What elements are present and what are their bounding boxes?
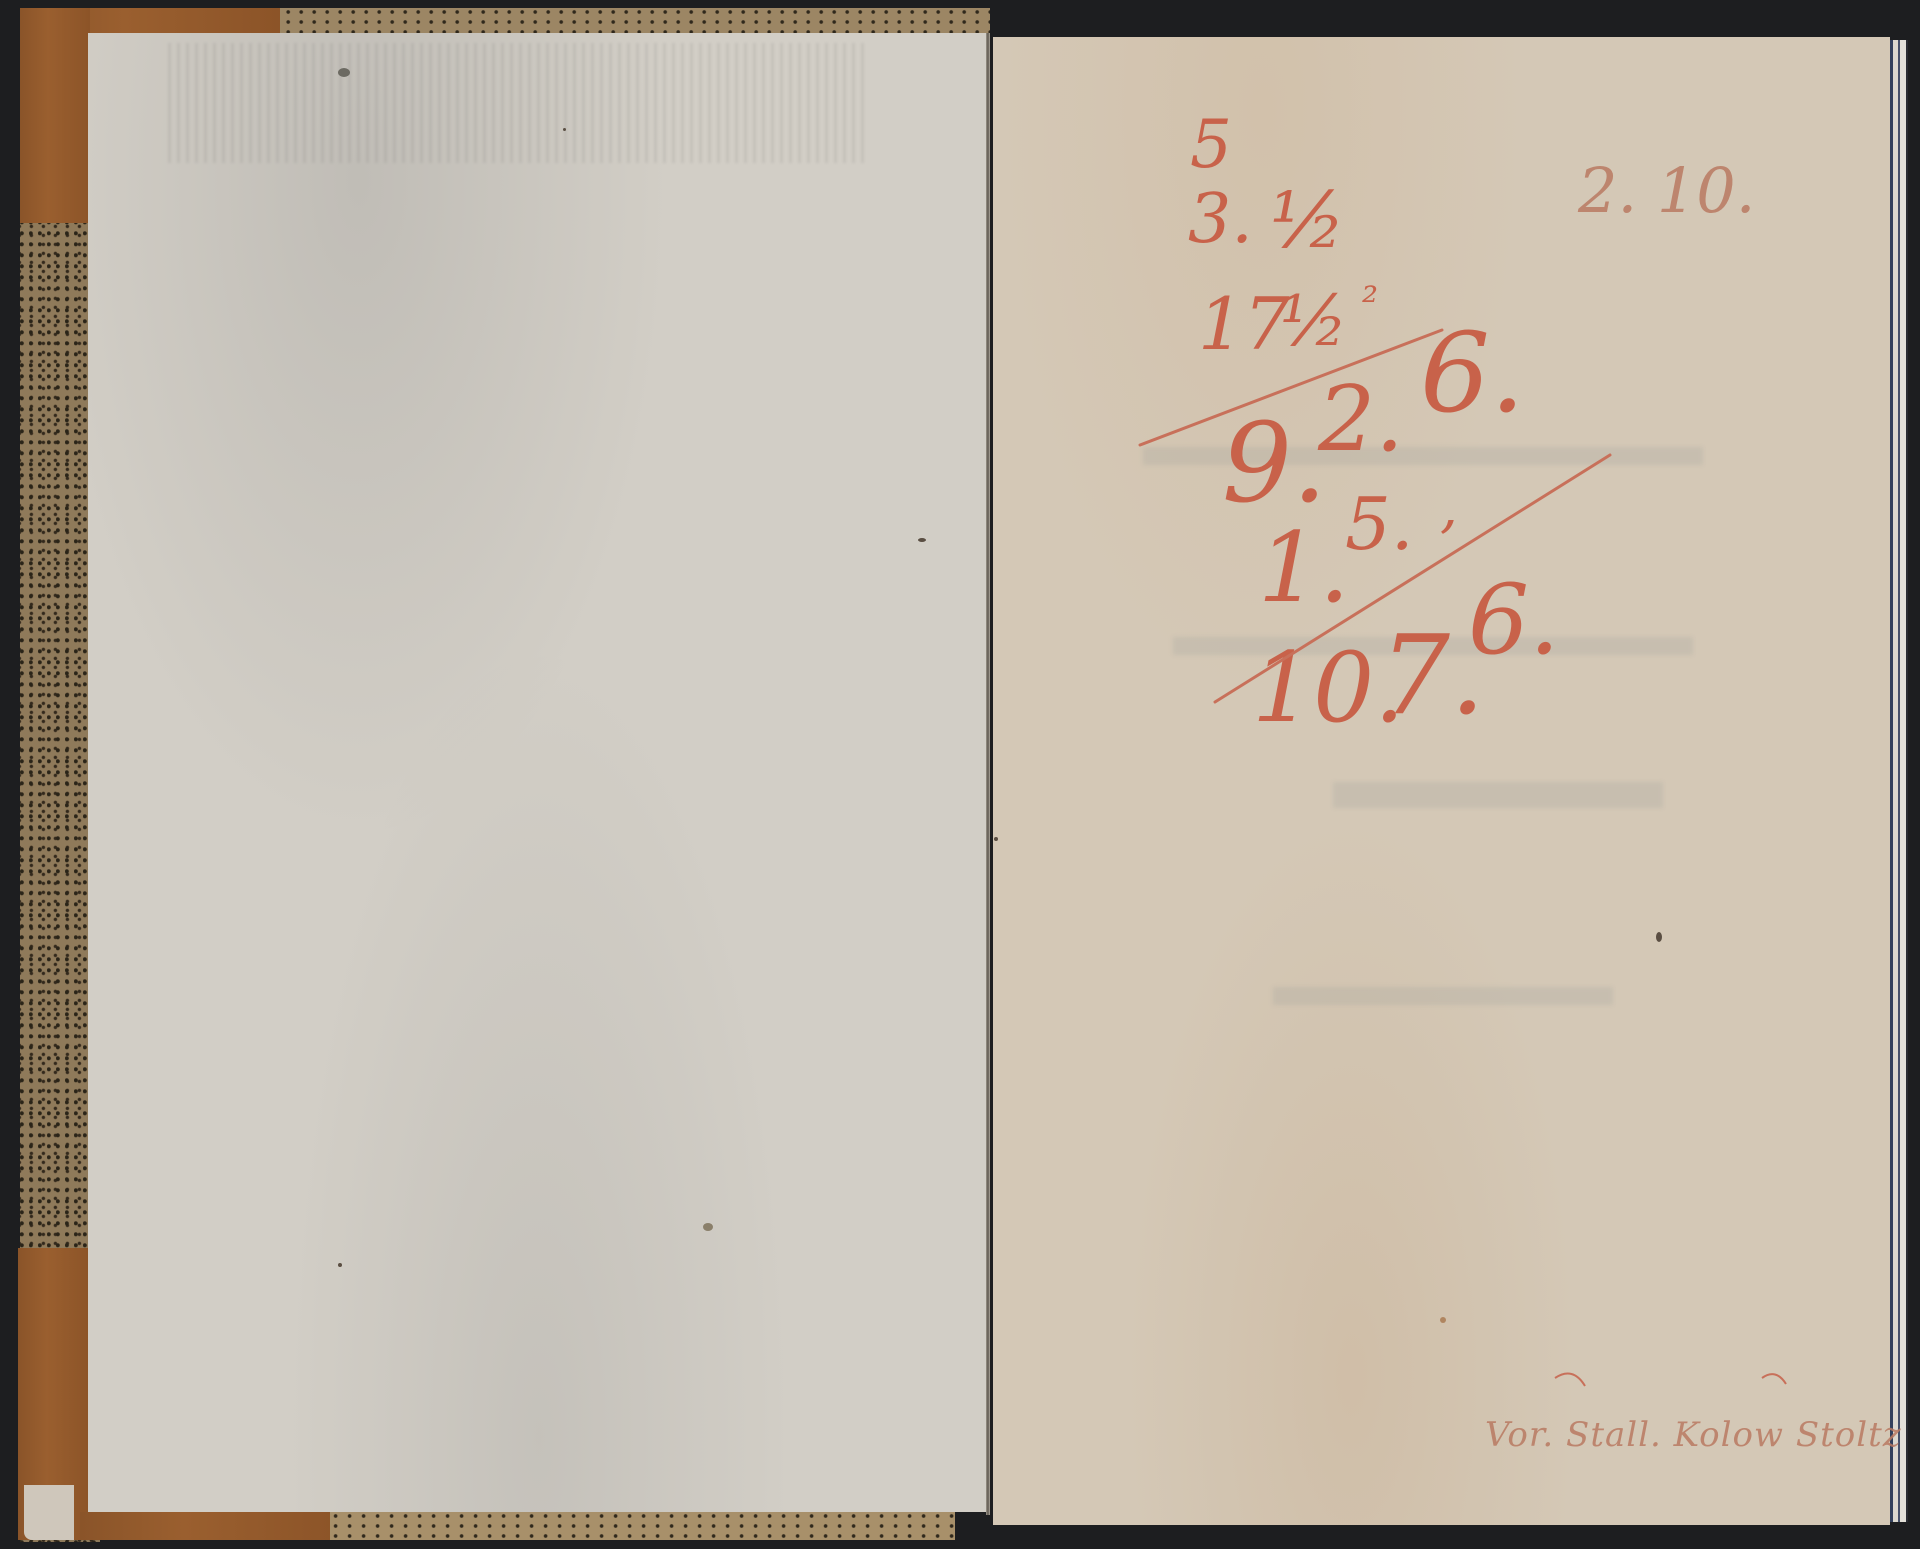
signature-flourish xyxy=(1762,1374,1786,1384)
sum-lines xyxy=(0,0,1920,1549)
sum-line-2 xyxy=(1215,455,1610,702)
signature-flourish xyxy=(1555,1374,1585,1387)
sum-line-1 xyxy=(1140,330,1442,445)
